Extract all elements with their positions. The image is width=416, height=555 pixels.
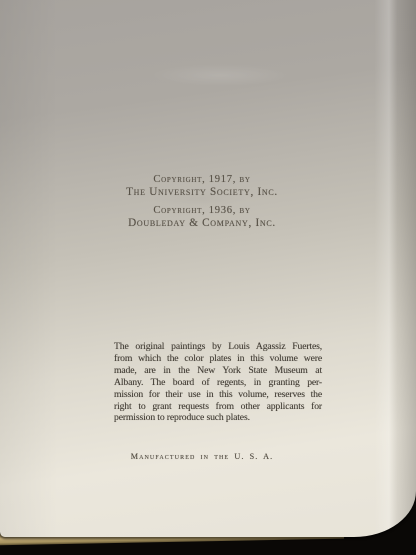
doubleday-company-line: Doubleday & Company, Inc. [0, 217, 404, 230]
manufactured-line: Manufactured in the U. S. A. [0, 452, 404, 461]
notice-line: permission to reproduce such plates. [114, 412, 322, 424]
notice-line: from which the color plates in this volu… [114, 353, 322, 365]
book-photo: Copyright, 1917, by The University Socie… [0, 0, 416, 555]
copyright-1917-line: Copyright, 1917, by [0, 173, 404, 186]
copyright-1936-line: Copyright, 1936, by [0, 204, 404, 217]
notice-line: right to grant requests from other appli… [114, 401, 322, 413]
notice-paragraph: The original paintings by Louis Agassiz … [114, 341, 322, 424]
notice-line: The original paintings by Louis Agassiz … [114, 341, 322, 353]
notice-line: made, are in the New York State Museum a… [114, 365, 322, 377]
notice-line: Albany. The board of regents, in grantin… [114, 377, 322, 389]
page-content: Copyright, 1917, by The University Socie… [0, 0, 416, 537]
copyright-block: Copyright, 1917, by The University Socie… [0, 173, 404, 230]
university-society-line: The University Society, Inc. [0, 186, 404, 199]
notice-line: mission for their use in this volume, re… [114, 389, 322, 401]
